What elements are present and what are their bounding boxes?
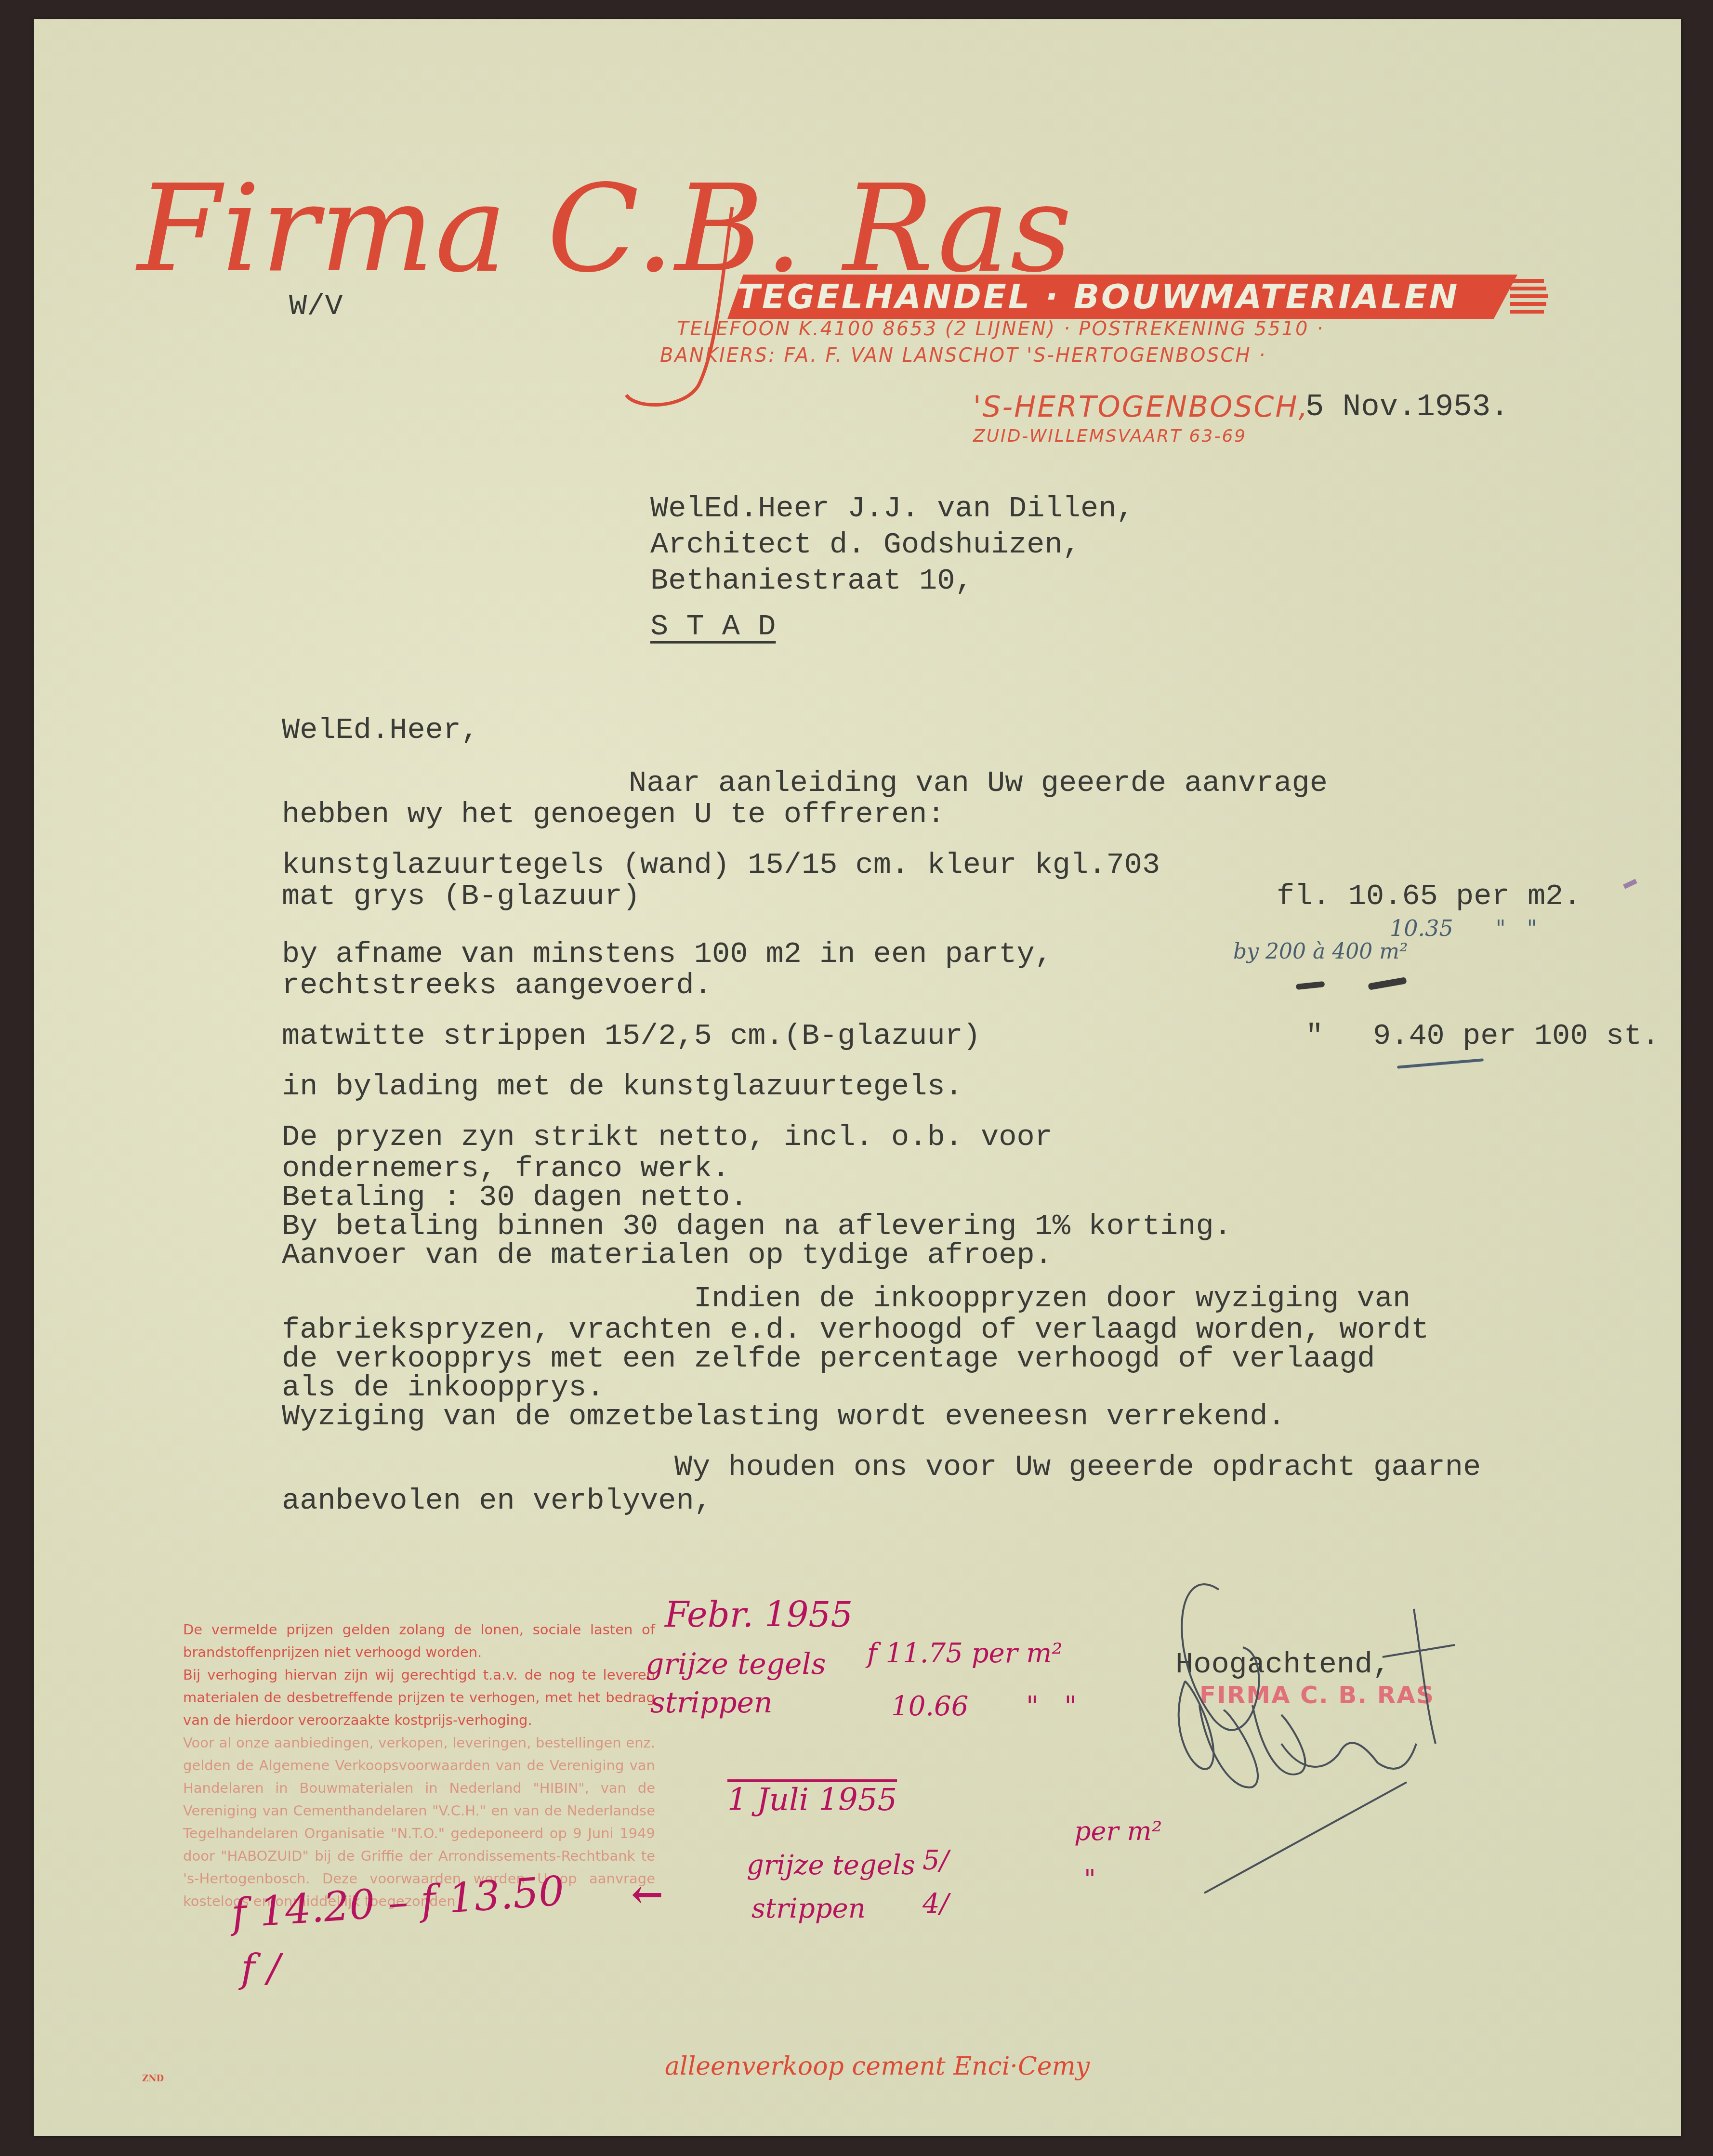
footer-tagline: alleenverkoop cement Enci·Cemy <box>665 2052 1090 2081</box>
logo-flourish-icon <box>578 202 751 414</box>
arrow-left-icon: ← <box>631 1871 663 1917</box>
letter-date: 5 Nov.1953. <box>1305 390 1509 425</box>
recipient-line-3: Bethaniestraat 10, <box>650 564 973 598</box>
letterhead-banner: TEGELHANDEL · BOUWMATERIALEN <box>727 275 1517 319</box>
item1-description: kunstglazuurtegels (wand) 15/15 cm. kleu… <box>282 848 1160 882</box>
handwritten-feb-tiles-price: f 11.75 per m² <box>867 1638 1063 1669</box>
printer-mark: ZND <box>142 2074 164 2084</box>
letterhead-address: ZUID-WILLEMSVAART 63-69 <box>973 426 1247 446</box>
handwritten-july-date: 1 Juli 1955 <box>727 1782 897 1818</box>
item2-price: 9.40 per 100 st. <box>1373 1019 1660 1053</box>
purple-tick-mark <box>1623 879 1637 889</box>
handwritten-feb-ditto: " " <box>1026 1691 1077 1722</box>
letterhead-phone-line: TELEFOON K.4100 8653 (2 LIJNEN) · POSTRE… <box>677 318 1324 340</box>
handwritten-feb-date: Febr. 1955 <box>665 1594 853 1635</box>
terms-line-1: De pryzen zyn strikt netto, incl. o.b. v… <box>282 1120 1053 1154</box>
handwritten-july-tiles-price: 5/ <box>922 1845 949 1876</box>
item1-price: fl. 10.65 per m2. <box>1277 879 1581 913</box>
closing-line-1: Wy houden ons voor Uw geeerde opdracht g… <box>674 1450 1481 1484</box>
letterhead-city: 'S-HERTOGENBOSCH, <box>973 390 1309 424</box>
item1-condition-1: by afname van minstens 100 m2 in een par… <box>282 937 1053 971</box>
item2-description: matwitte strippen 15/2,5 cm.(B-glazuur) <box>282 1019 981 1053</box>
intro-line-2: hebben wy het genoegen U te offreren: <box>282 797 945 831</box>
reference-code: W/V <box>289 289 343 323</box>
item1-condition-2: rechtstreeks aangevoerd. <box>282 968 712 1002</box>
handwritten-july-strips-price: 4/ <box>922 1888 949 1919</box>
price-clause-1: Indien de inkooppryzen door wyziging van <box>694 1281 1410 1315</box>
banner-speed-lines-icon <box>1510 277 1549 318</box>
letter-page: Firma C.B. Ras W/V TEGELHANDEL · BOUWMAT… <box>34 19 1681 2136</box>
item2-note: in bylading met de kunstglazuurtegels. <box>282 1069 963 1104</box>
underline-mark-1 <box>1296 981 1325 990</box>
closing-line-2: aanbevolen en verblyven, <box>282 1484 712 1518</box>
recipient-line-1: WelEd.Heer J.J. van Dillen, <box>650 491 1134 526</box>
handwritten-july-strips: strippen <box>751 1893 866 1924</box>
item1-description-2: mat grys (B-glazuur) <box>282 879 640 913</box>
terms-line-5: Aanvoer van de materialen op tydige afro… <box>282 1238 1053 1272</box>
intro-line-1: Naar aanleiding van Uw geeerde aanvrage <box>629 766 1328 800</box>
handwritten-price-10-35: 10.35 " " <box>1390 915 1537 941</box>
handwritten-range-tail: f / <box>241 1946 280 1991</box>
signature-icon <box>1156 1561 1686 1946</box>
letterhead-bank-line: BANKIERS: FA. F. VAN LANSCHOT 'S-HERTOGE… <box>660 344 1266 367</box>
recipient-line-2: Architect d. Godshuizen, <box>650 527 1081 562</box>
handwritten-feb-strips: strippen <box>650 1686 773 1720</box>
terms-paragraph-2: Bij verhoging hiervan zijn wij gerechtig… <box>183 1664 655 1732</box>
recipient-city: S T A D <box>650 609 776 644</box>
handwritten-july-tiles: grijze tegels <box>747 1850 915 1881</box>
handwritten-quantity-note: by 200 à 400 m² <box>1233 939 1408 964</box>
handwritten-feb-tiles: grijze tegels <box>646 1647 826 1681</box>
item2-ditto: " <box>1305 1019 1323 1053</box>
salutation: WelEd.Heer, <box>282 713 479 747</box>
blue-underline-mark <box>1397 1058 1484 1069</box>
handwritten-july-ditto: " <box>1084 1864 1096 1894</box>
underline-mark-2 <box>1368 977 1407 990</box>
handwritten-july-per-m2: per m² <box>1074 1816 1162 1846</box>
printed-terms-block: De vermelde prijzen gelden zolang de lon… <box>183 1618 655 1913</box>
handwritten-feb-strips-price: 10.66 <box>891 1691 968 1722</box>
price-clause-5: Wyziging van de omzetbelasting wordt eve… <box>282 1399 1286 1433</box>
terms-paragraph-1: De vermelde prijzen gelden zolang de lon… <box>183 1618 655 1664</box>
